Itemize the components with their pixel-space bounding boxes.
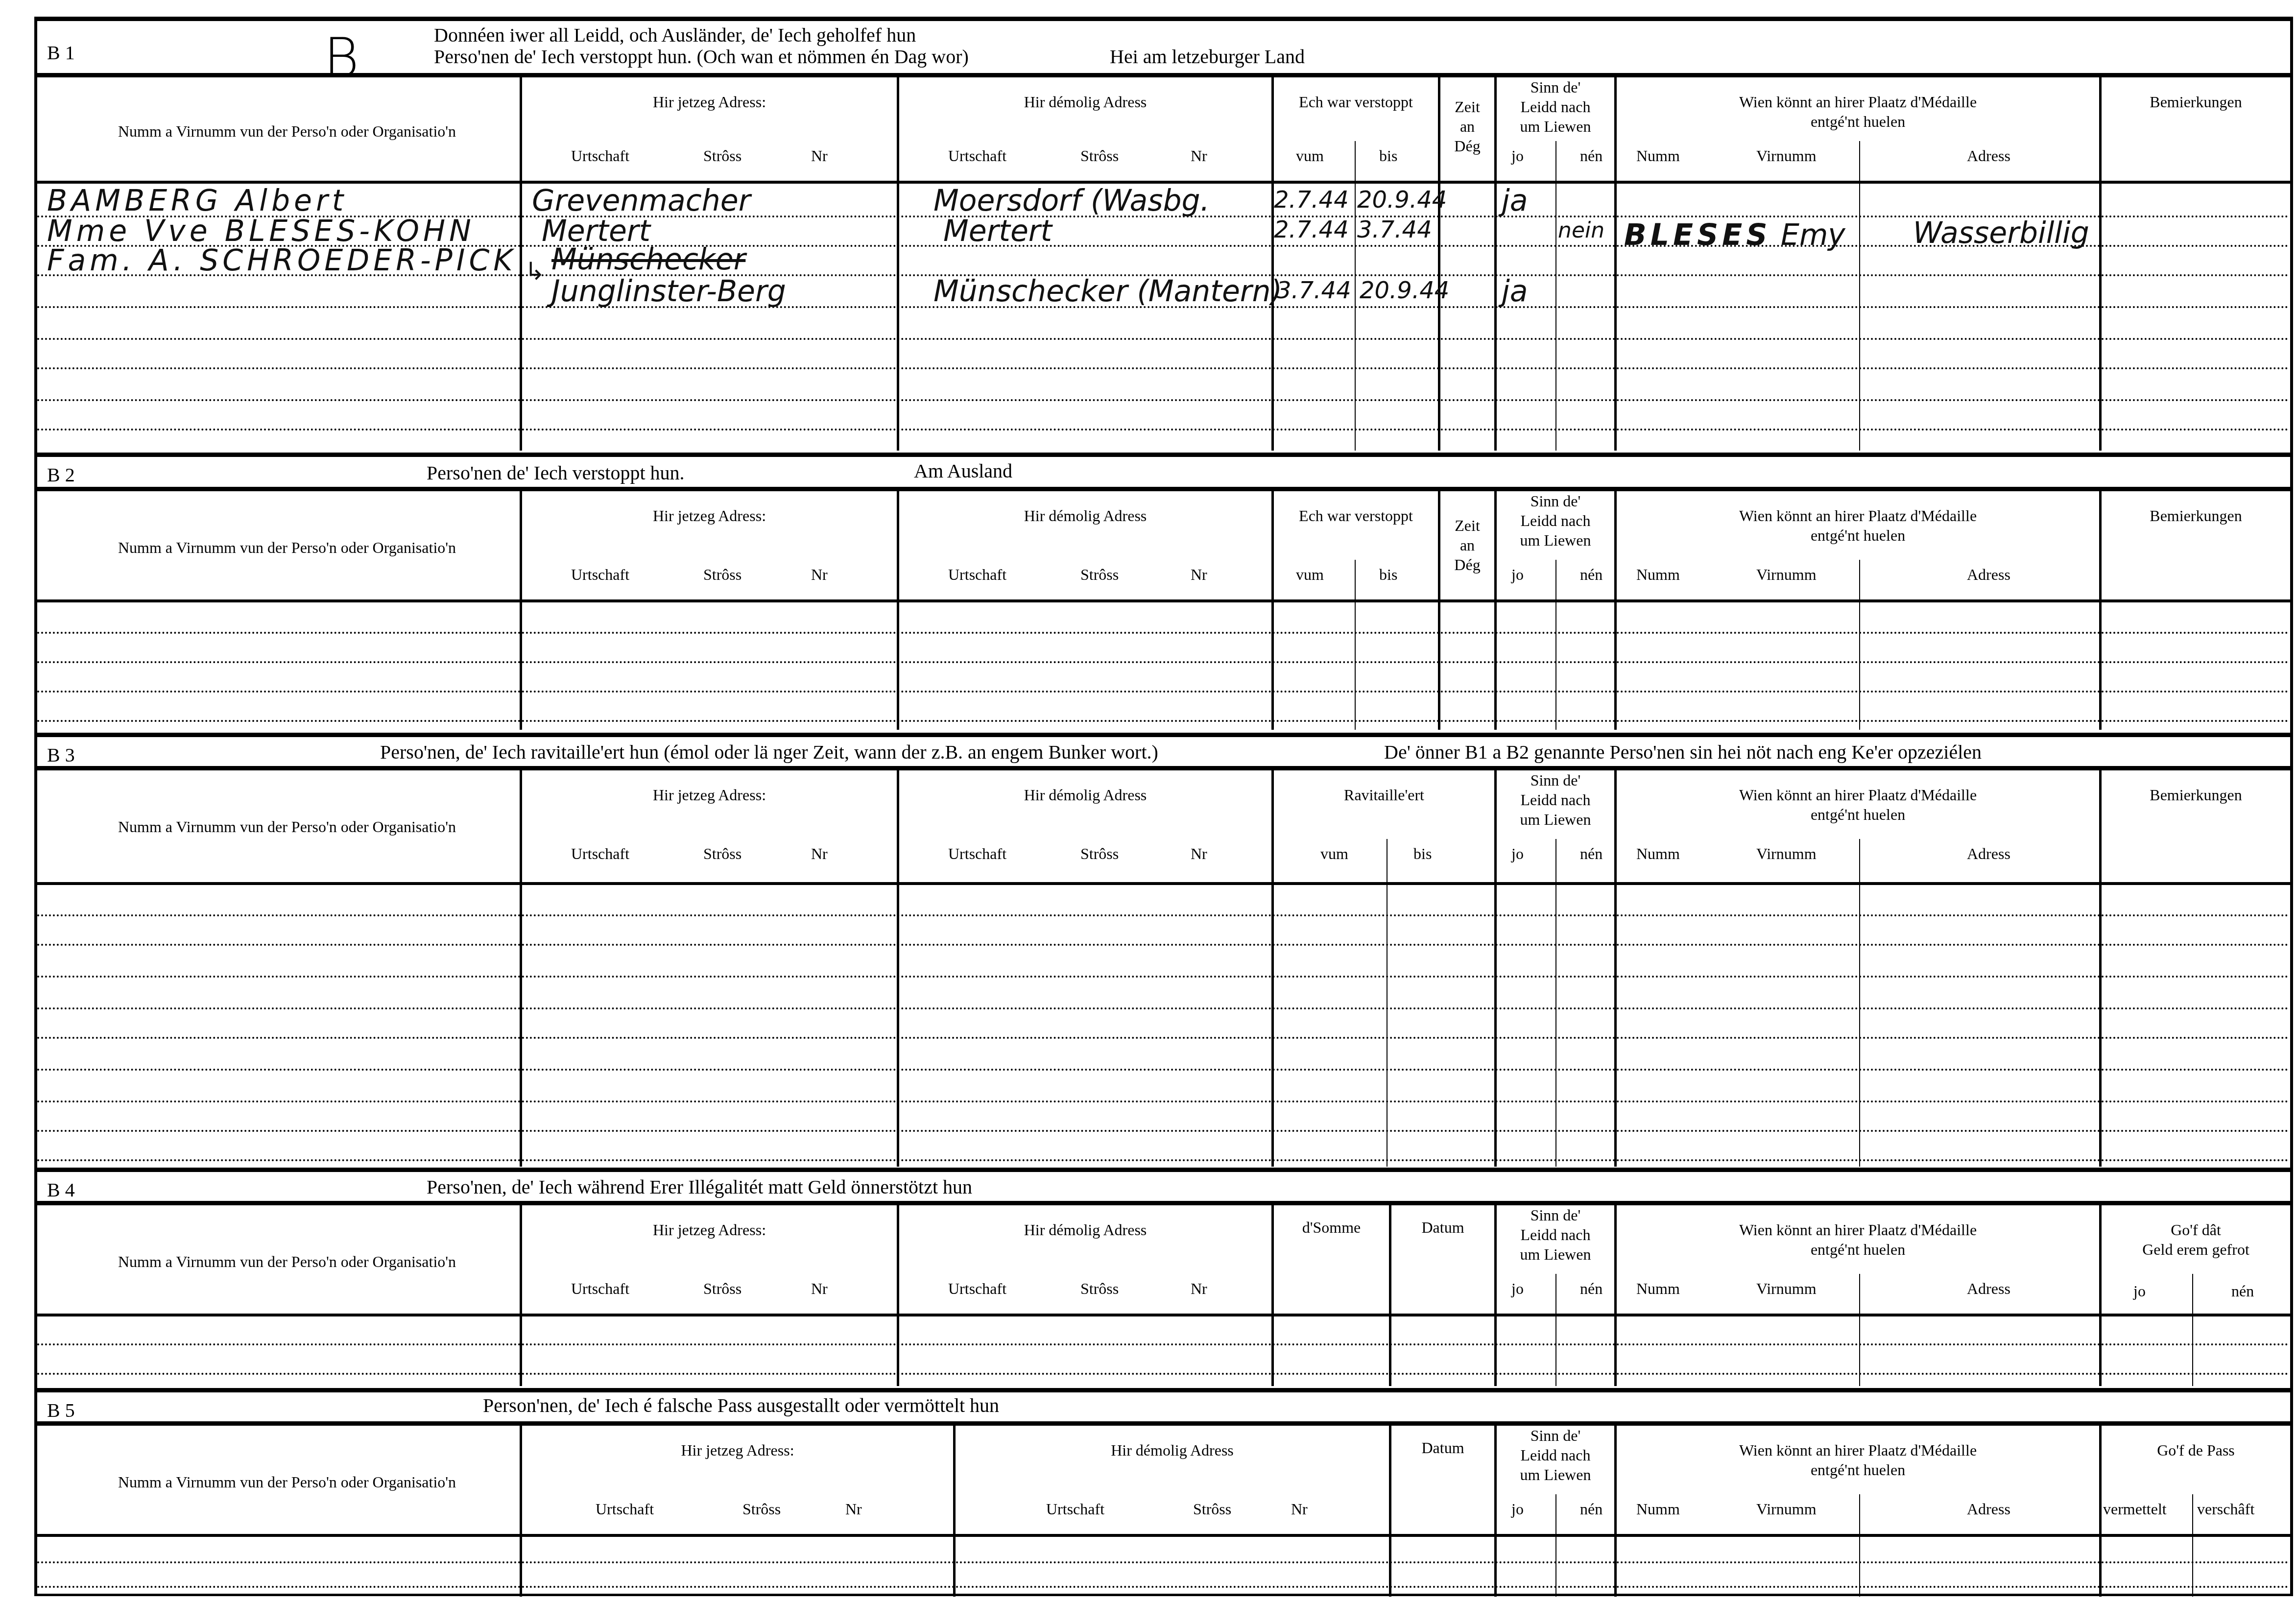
header-former-address: Hir démolig Adress xyxy=(899,1220,1271,1240)
header-locality: Urtschaft xyxy=(948,565,1006,584)
header-locality: Urtschaft xyxy=(571,565,629,584)
header-medal-address: Adress xyxy=(1967,146,2010,166)
entry-current-locality-struck: Münschecker xyxy=(551,242,745,277)
header-medal-address: Adress xyxy=(1967,1279,2010,1298)
section-b1: B 1 B. Donnéen iwer all Leidd, och Auslä… xyxy=(37,17,2290,448)
header-name: Numm a Virnumm vun der Perso'n oder Orga… xyxy=(57,538,517,557)
header-medal-name: Numm xyxy=(1636,1279,1680,1298)
header-medal-firstname: Virnumm xyxy=(1756,1499,1817,1519)
header-former-address: Hir démolig Adress xyxy=(899,506,1271,526)
header-remarks: Bemierkungen xyxy=(2102,785,2290,805)
entry-from: 3.7.44 xyxy=(1276,277,1351,304)
header-yes: jo xyxy=(1511,1279,1524,1298)
header-street: Strôss xyxy=(742,1499,781,1519)
header-money-asked: Go'f dâtGeld erem gefrot xyxy=(2102,1220,2290,1259)
title-rule xyxy=(37,1388,2290,1392)
column-header: Numm a Virnumm vun der Perso'n oder Orga… xyxy=(37,766,2290,883)
title-rule xyxy=(37,453,2290,457)
header-from: vum xyxy=(1320,844,1348,863)
header-no: nén xyxy=(1580,844,1602,863)
header-days: ZeitanDég xyxy=(1440,516,1494,574)
header-locality: Urtschaft xyxy=(571,844,629,863)
header-current-address: Hir jetzeg Adress: xyxy=(522,1220,897,1240)
header-yes: jo xyxy=(1511,565,1524,584)
header-remarks: Bemierkungen xyxy=(2102,92,2290,112)
entry-name: BAMBERG Albert xyxy=(47,184,347,218)
header-date: Datum xyxy=(1391,1218,1494,1237)
header-medal-firstname: Virnumm xyxy=(1756,844,1817,863)
header-medal-name: Numm xyxy=(1636,1499,1680,1519)
section-title-suffix: Hei am letzeburger Land xyxy=(1110,45,1305,68)
header-street: Strôss xyxy=(1080,844,1119,863)
header-locality: Urtschaft xyxy=(596,1499,654,1519)
header-no: nén xyxy=(1580,565,1602,584)
entry-name: Fam. A. SCHROEDER-PICK xyxy=(47,243,517,278)
header-to: bis xyxy=(1379,146,1397,166)
header-to: bis xyxy=(1413,844,1432,863)
entry-medal-firstname: Emy xyxy=(1781,218,1845,252)
header-street: Strôss xyxy=(703,146,741,166)
header-pass: Go'f de Pass xyxy=(2102,1440,2290,1460)
header-medal-name: Numm xyxy=(1636,146,1680,166)
header-to: bis xyxy=(1379,565,1397,584)
column-header: Numm a Virnumm vun der Perso'n oder Orga… xyxy=(37,1201,2290,1316)
header-medal-name: Numm xyxy=(1636,565,1680,584)
header-number: Nr xyxy=(1191,1279,1207,1298)
header-street: Strôss xyxy=(1080,146,1119,166)
entry-current-locality: Grevenmacher xyxy=(532,184,750,218)
title-rule xyxy=(37,17,2290,21)
title-rule xyxy=(37,733,2290,737)
header-yes: jo xyxy=(2133,1281,2146,1301)
header-medal: Wien könnt an hirer Plaatz d'Médailleent… xyxy=(1617,92,2099,131)
header-number: Nr xyxy=(1191,565,1207,584)
entry-to: 20.9.44 xyxy=(1357,186,1447,214)
header-locality: Urtschaft xyxy=(948,844,1006,863)
section-title: Person'nen, de' Iech é falsche Pass ausg… xyxy=(483,1394,999,1417)
header-number: Nr xyxy=(845,1499,862,1519)
header-street: Strôss xyxy=(703,844,741,863)
form-page: B 1 B. Donnéen iwer all Leidd, och Auslä… xyxy=(34,17,2293,1596)
header-locality: Urtschaft xyxy=(948,146,1006,166)
header-current-address: Hir jetzeg Adress: xyxy=(522,506,897,526)
header-former-address: Hir démolig Adress xyxy=(899,785,1271,805)
header-yes: jo xyxy=(1511,1499,1524,1519)
header-alive: Sinn de'Leidd nachum Liewen xyxy=(1497,770,1614,829)
header-locality: Urtschaft xyxy=(571,1279,629,1298)
section-title-suffix: De' önner B1 a B2 genannte Perso'nen sin… xyxy=(1384,741,1982,764)
entry-from: 2.7.44 xyxy=(1274,216,1349,243)
header-number: Nr xyxy=(811,1279,828,1298)
entry-former-locality: Münschecker (Mantern) xyxy=(933,274,1282,309)
header-street: Strôss xyxy=(1080,565,1119,584)
header-medal-name: Numm xyxy=(1636,844,1680,863)
header-former-address: Hir démolig Adress xyxy=(899,92,1271,112)
header-medal-firstname: Virnumm xyxy=(1756,1279,1817,1298)
entry-from: 2.7.44 xyxy=(1274,186,1349,214)
section-title-suffix: Am Ausland xyxy=(914,459,1012,482)
header-street: Strôss xyxy=(1080,1279,1119,1298)
entry-rows xyxy=(37,1314,2290,1386)
header-from: vum xyxy=(1296,565,1324,584)
header-medal: Wien könnt an hirer Plaatz d'Médailleent… xyxy=(1617,1440,2099,1480)
header-number: Nr xyxy=(1291,1499,1308,1519)
header-locality: Urtschaft xyxy=(1046,1499,1104,1519)
entry-rows xyxy=(37,882,2290,1167)
header-current-address: Hir jetzeg Adress: xyxy=(522,92,897,112)
section-b3: B 3 Perso'nen, de' Iech ravitaille'ert h… xyxy=(37,733,2290,1164)
entry-to: 20.9.44 xyxy=(1360,277,1449,304)
title-rule xyxy=(37,1168,2290,1172)
redirect-arrow-icon: ↳ xyxy=(525,257,545,286)
entry-rows: BAMBERG Albert Grevenmacher Moersdorf (W… xyxy=(37,181,2290,451)
header-street: Strôss xyxy=(1193,1499,1231,1519)
header-no: nén xyxy=(1580,1279,1602,1298)
section-id: B 1 xyxy=(47,41,75,64)
header-number: Nr xyxy=(1191,146,1207,166)
header-name: Numm a Virnumm vun der Perso'n oder Orga… xyxy=(57,121,517,141)
section-b5: B 5 Person'nen, de' Iech é falsche Pass … xyxy=(37,1388,2290,1594)
entry-former-locality: Moersdorf (Wasbg. xyxy=(933,184,1210,218)
section-id: B 3 xyxy=(47,743,75,766)
header-alive: Sinn de'Leidd nachum Liewen xyxy=(1497,491,1614,550)
column-header: Numm a Virnumm vun der Perso'n oder Orga… xyxy=(37,487,2290,601)
header-medal-address: Adress xyxy=(1967,844,2010,863)
header-from: vum xyxy=(1296,146,1324,166)
header-name: Numm a Virnumm vun der Perso'n oder Orga… xyxy=(57,817,517,837)
header-current-address: Hir jetzeg Adress: xyxy=(522,785,897,805)
header-number: Nr xyxy=(1191,844,1207,863)
column-header: Numm a Virnumm vun der Perso'n oder Orga… xyxy=(37,73,2290,183)
header-alive: Sinn de'Leidd nachum Liewen xyxy=(1497,1426,1614,1484)
header-number: Nr xyxy=(811,146,828,166)
header-current-address: Hir jetzeg Adress: xyxy=(522,1440,953,1460)
entry-rows xyxy=(37,599,2290,730)
header-date: Datum xyxy=(1391,1438,1494,1458)
section-title-line2: Perso'nen de' Iech verstoppt hun. (Och w… xyxy=(434,45,969,68)
header-pass-provided: verschâft xyxy=(2197,1499,2254,1519)
header-no: nén xyxy=(2231,1281,2254,1301)
entry-medal-address: Wasserbillig xyxy=(1913,216,2089,250)
section-b4: B 4 Perso'nen, de' Iech während Erer Ill… xyxy=(37,1168,2290,1383)
header-supplied: Ravitaille'ert xyxy=(1274,785,1494,805)
header-former-address: Hir démolig Adress xyxy=(956,1440,1389,1460)
section-title-line1: Donnéen iwer all Leidd, och Ausländer, d… xyxy=(434,24,916,47)
header-alive: Sinn de'Leidd nachum Liewen xyxy=(1497,1205,1614,1264)
entry-former-locality: Mertert xyxy=(943,214,1052,248)
header-number: Nr xyxy=(811,565,828,584)
section-id: B 2 xyxy=(47,463,75,486)
header-number: Nr xyxy=(811,844,828,863)
section-title: Perso'nen de' Iech verstoppt hun. xyxy=(427,461,685,484)
header-medal-firstname: Virnumm xyxy=(1756,565,1817,584)
header-amount: d'Somme xyxy=(1274,1218,1389,1237)
section-id: B 5 xyxy=(47,1399,75,1422)
header-medal: Wien könnt an hirer Plaatz d'Médailleent… xyxy=(1617,785,2099,824)
header-no: nén xyxy=(1580,146,1602,166)
header-pass-mediated: vermettelt xyxy=(2103,1499,2167,1519)
header-street: Strôss xyxy=(703,565,741,584)
header-locality: Urtschaft xyxy=(948,1279,1006,1298)
header-medal-address: Adress xyxy=(1967,565,2010,584)
header-medal-address: Adress xyxy=(1967,1499,2010,1519)
header-name: Numm a Virnumm vun der Perso'n oder Orga… xyxy=(57,1252,517,1271)
entry-alive-yes: ja xyxy=(1502,274,1528,309)
entry-medal-name: BLESES xyxy=(1624,218,1771,252)
entry-alive-yes: ja xyxy=(1502,184,1528,218)
header-no: nén xyxy=(1580,1499,1602,1519)
header-street: Strôss xyxy=(703,1279,741,1298)
header-hidden: Ech war verstoppt xyxy=(1274,92,1438,112)
header-medal-firstname: Virnumm xyxy=(1756,146,1817,166)
section-title: Perso'nen, de' Iech während Erer Illégal… xyxy=(427,1175,972,1198)
header-remarks: Bemierkungen xyxy=(2102,506,2290,526)
column-header: Numm a Virnumm vun der Perso'n oder Orga… xyxy=(37,1421,2290,1536)
entry-rows xyxy=(37,1534,2290,1597)
header-yes: jo xyxy=(1511,844,1524,863)
entry-current-locality: Junglinster-Berg xyxy=(551,274,786,309)
header-locality: Urtschaft xyxy=(571,146,629,166)
entry-alive-no: nein xyxy=(1558,218,1604,243)
header-medal: Wien könnt an hirer Plaatz d'Médailleent… xyxy=(1617,1220,2099,1259)
header-days: ZeitanDég xyxy=(1440,97,1494,156)
section-title: Perso'nen, de' Iech ravitaille'ert hun (… xyxy=(380,741,1158,764)
header-yes: jo xyxy=(1511,146,1524,166)
entry-to: 3.7.44 xyxy=(1357,216,1432,243)
header-name: Numm a Virnumm vun der Perso'n oder Orga… xyxy=(57,1472,517,1492)
header-hidden: Ech war verstoppt xyxy=(1274,506,1438,526)
header-medal: Wien könnt an hirer Plaatz d'Médailleent… xyxy=(1617,506,2099,545)
section-id: B 4 xyxy=(47,1178,75,1201)
section-b2: B 2 Perso'nen de' Iech verstoppt hun. Am… xyxy=(37,453,2290,727)
header-alive: Sinn de'Leidd nachum Liewen xyxy=(1497,77,1614,136)
